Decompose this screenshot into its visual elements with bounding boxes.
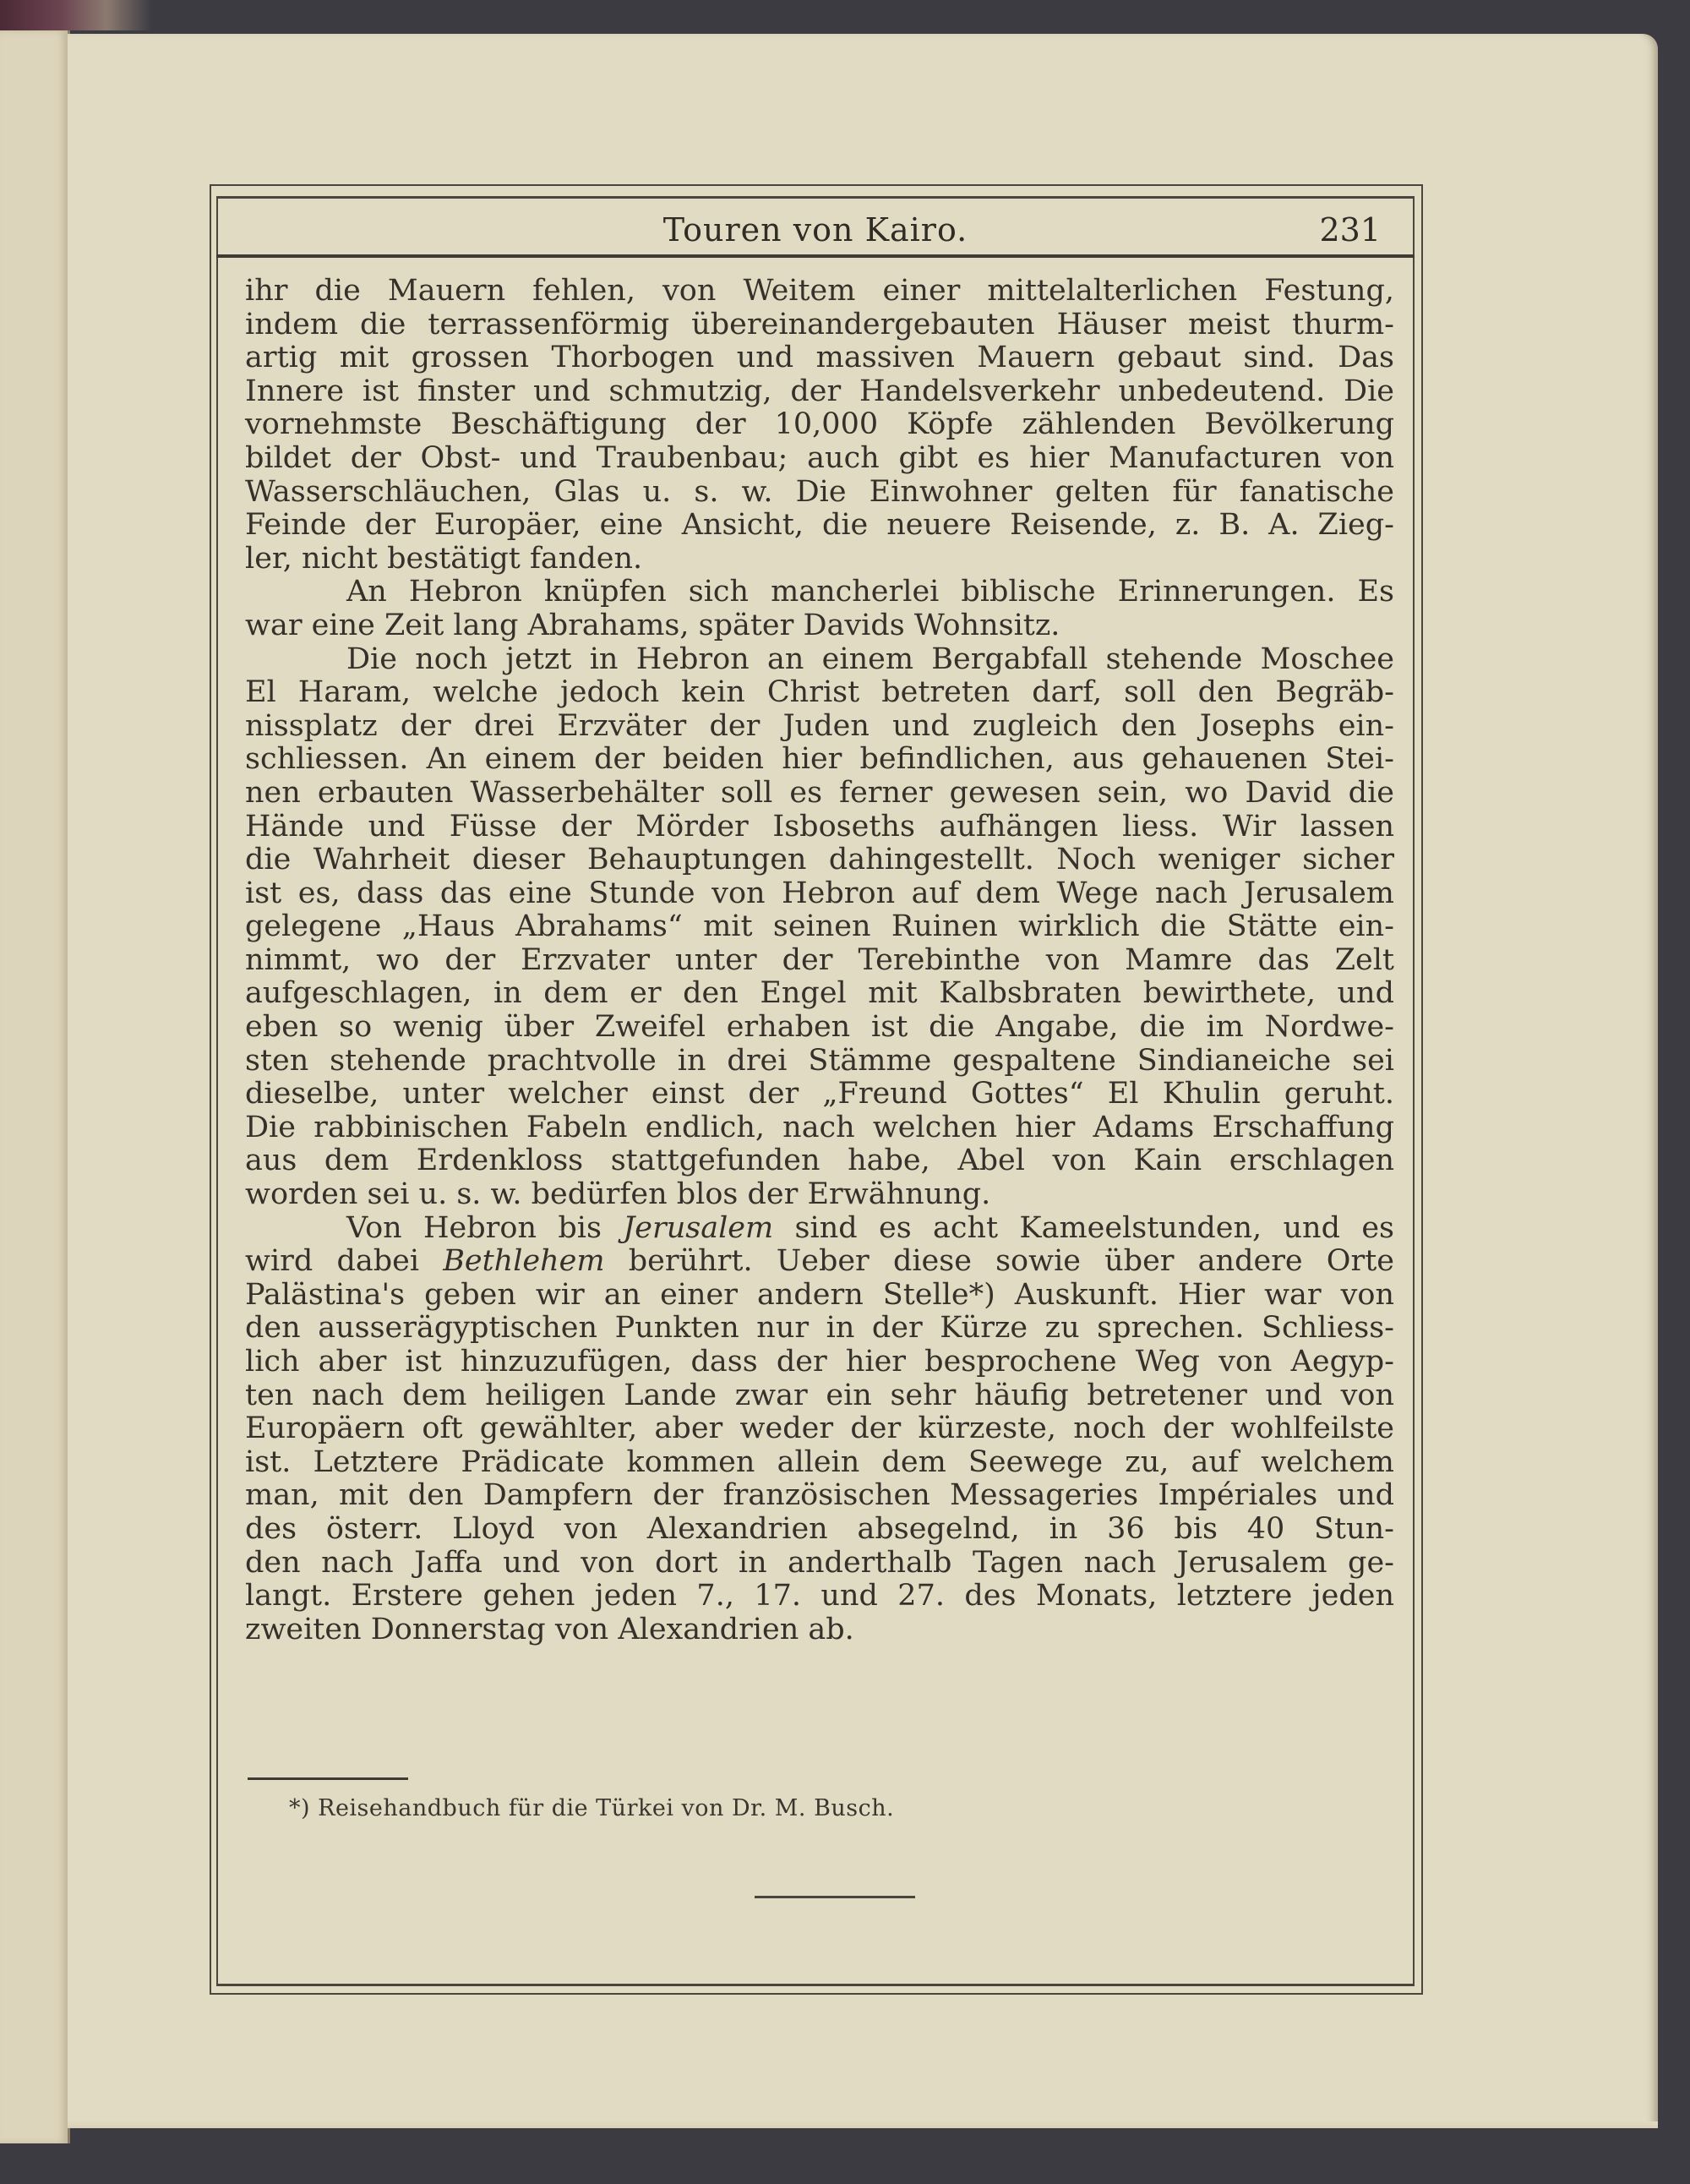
text-line: eben so wenig über Zweifel erhaben ist d… [245, 1011, 1394, 1045]
end-ornament-rule [755, 1896, 915, 1898]
text-line: nissplatz der drei Erzväter der Juden un… [245, 710, 1394, 744]
text-line: war eine Zeit lang Abrahams, später Davi… [245, 609, 1394, 643]
text-line: des österr. Lloyd von Alexandrien absege… [245, 1513, 1394, 1547]
running-head: Touren von Kairo. 231 [216, 196, 1415, 258]
text-line: lich aber ist hinzuzufügen, dass der hie… [245, 1346, 1394, 1379]
text-line: An Hebron knüpfen sich mancherlei biblis… [245, 576, 1394, 609]
body-text: ihr die Mauern fehlen, von Weitem einer … [245, 275, 1394, 1646]
text-line: schliessen. An einem der beiden hier bef… [245, 743, 1394, 777]
text-line: nen erbauten Wasserbehälter soll es fern… [245, 777, 1394, 811]
running-title: Touren von Kairo. [216, 211, 1415, 248]
text-line: Innere ist finster und schmutzig, der Ha… [245, 375, 1394, 409]
text-line: Palästina's geben wir an einer andern St… [245, 1279, 1394, 1313]
text-line: Feinde der Europäer, eine Ansicht, die n… [245, 509, 1394, 543]
text-line: El Haram, welche jedoch kein Christ betr… [245, 676, 1394, 710]
text-line: ist es, dass das eine Stunde von Hebron … [245, 877, 1394, 911]
text-line: bildet der Obst- und Traubenbau; auch gi… [245, 442, 1394, 476]
book-page: Touren von Kairo. 231 ihr die Mauern feh… [68, 34, 1658, 2128]
text-line: ihr die Mauern fehlen, von Weitem einer … [245, 275, 1394, 308]
page-number: 231 [1319, 211, 1381, 248]
book-binding-strip [0, 0, 152, 30]
text-line: dieselbe, unter welcher einst der „Freun… [245, 1078, 1394, 1111]
text-line: ist. Letztere Prädicate kommen allein de… [245, 1446, 1394, 1480]
text-line: ler, nicht bestätigt fanden. [245, 543, 1394, 576]
footnote: *) Reisehandbuch für die Türkei von Dr. … [289, 1795, 894, 1821]
text-line: wird dabei Bethlehem berührt. Ueber dies… [245, 1245, 1394, 1279]
text-line: vornehmste Beschäftigung der 10,000 Köpf… [245, 408, 1394, 442]
text-line: aus dem Erdenkloss stattgefunden habe, A… [245, 1144, 1394, 1178]
text-line: den ausserägyptischen Punkten nur in der… [245, 1312, 1394, 1346]
footnote-divider [248, 1777, 408, 1780]
text-line: man, mit den Dampfern der französischen … [245, 1479, 1394, 1513]
text-line: den nach Jaffa und von dort in anderthal… [245, 1547, 1394, 1581]
text-line: Die rabbinischen Fabeln endlich, nach we… [245, 1111, 1394, 1145]
place-name-bethlehem: Bethlehem [443, 1244, 604, 1278]
text-line: indem die terrassenförmig übereinanderge… [245, 308, 1394, 342]
text-line: sten stehende prachtvolle in drei Stämme… [245, 1045, 1394, 1078]
text-line: die Wahrheit dieser Behauptungen dahinge… [245, 844, 1394, 877]
text-line: gelegene „Haus Abrahams“ mit seinen Ruin… [245, 910, 1394, 944]
text-line: artig mit grossen Thorbogen und massiven… [245, 341, 1394, 375]
text-line: langt. Erstere gehen jeden 7., 17. und 2… [245, 1580, 1394, 1613]
text-line: zweiten Donnerstag von Alexandrien ab. [245, 1613, 1394, 1647]
previous-page-edge [0, 30, 70, 2143]
text-line: Europäern oft gewählter, aber weder der … [245, 1412, 1394, 1446]
text-line: Hände und Füsse der Mörder Isboseths auf… [245, 811, 1394, 844]
text-line: worden sei u. s. w. bedürfen blos der Er… [245, 1178, 1394, 1212]
text-line: nimmt, wo der Erzvater unter der Terebin… [245, 944, 1394, 978]
text-line: Die noch jetzt in Hebron an einem Bergab… [245, 643, 1394, 677]
place-name-jerusalem: Jerusalem [623, 1211, 773, 1245]
text-line: Von Hebron bis Jerusalem sind es acht Ka… [245, 1212, 1394, 1246]
text-line: aufgeschlagen, in dem er den Engel mit K… [245, 977, 1394, 1011]
text-line: ten nach dem heiligen Lande zwar ein seh… [245, 1379, 1394, 1413]
text-line: Wasserschläuchen, Glas u. s. w. Die Einw… [245, 476, 1394, 510]
